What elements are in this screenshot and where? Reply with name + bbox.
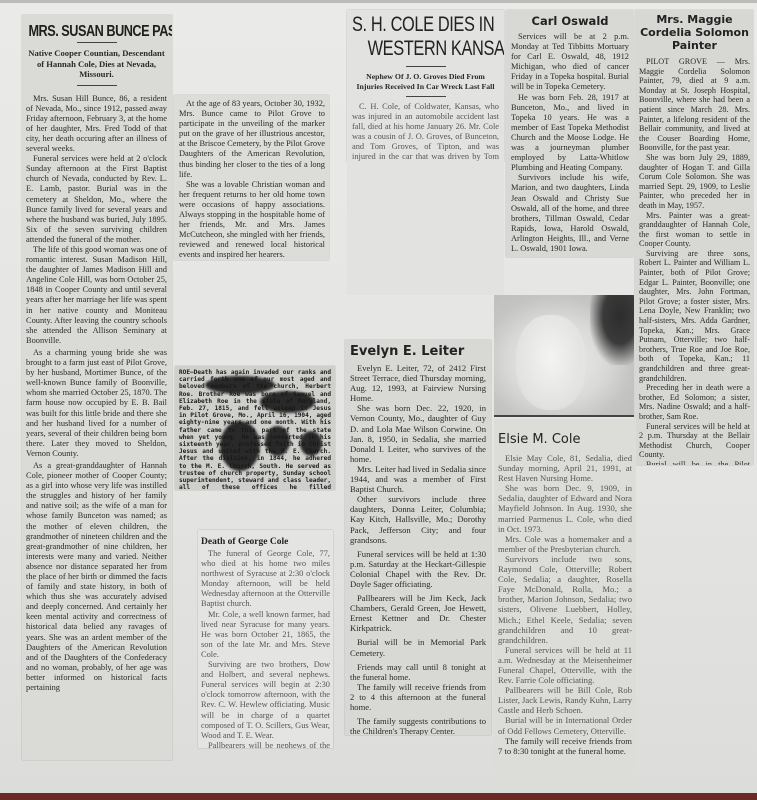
paragraph: Friends may call until 8 tonight at the …: [350, 662, 486, 682]
headline-elsie-cole: Elsie M. Cole: [498, 432, 632, 448]
divider: [77, 42, 117, 43]
paragraph: PILOT GROVE — Mrs. Maggie Cordelia Solom…: [639, 57, 750, 153]
paragraph: Elsie May Cole, 81, Sedalia, died Sunday…: [498, 453, 632, 483]
paragraph: Mrs. Cole was a homemaker and a member o…: [498, 534, 632, 554]
paragraph: C. H. Cole, of Coldwater, Kansas, who wa…: [352, 102, 499, 162]
clipping-sh-cole: S. H. COLE DIES IN WESTERN KANSAS Nephew…: [347, 10, 504, 162]
paragraph: The family will receive friends from 2 t…: [350, 682, 486, 712]
paragraph: Services will be at 2 p.m. Monday at Ted…: [511, 32, 629, 93]
clipping-sh-cole-continued: [347, 162, 504, 295]
paragraph: She was born Dec. 9, 1909, in Sedalia, d…: [498, 483, 632, 533]
divider: [406, 96, 446, 97]
paragraph: Mrs. Painter was a great-granddaughter o…: [639, 211, 750, 249]
paragraph: Burial will be in the Pilot Grove Cemete…: [639, 460, 750, 465]
paragraph: Evelyn E. Leiter, 72, of 2412 First Stre…: [350, 363, 486, 403]
paragraph: Mrs. Leiter had lived in Sedalia since 1…: [350, 464, 486, 494]
headline-oswald: Carl Oswald: [511, 13, 629, 29]
paragraph: Funeral services will be held at 11 a.m.…: [498, 645, 632, 685]
portrait-face: [516, 315, 586, 410]
headline-sh-cole-line2: WESTERN KANSAS: [352, 37, 467, 61]
clipping-painter: Mrs. Maggie Cordelia Solomon Painter PIL…: [635, 10, 753, 465]
divider: [77, 85, 117, 86]
subhead-sh-cole: Nephew Of J. O. Groves Died From Injurie…: [352, 72, 499, 91]
headline-leiter: Evelyn E. Leiter: [350, 344, 486, 360]
headline-sh-cole-line1: S. H. COLE DIES IN: [352, 13, 467, 37]
ink-stain: [205, 376, 275, 394]
clipping-oswald: Carl Oswald Services will be at 2 p.m. M…: [506, 10, 633, 257]
paragraph: He was born Feb. 28, 1917 at Bunceton, M…: [511, 93, 629, 174]
clipping-elsie-cole: Elsie M. Cole Elsie May Cole, 81, Sedali…: [494, 419, 636, 785]
page-top-edge: [0, 0, 757, 3]
paragraph: The family suggests contributions to the…: [350, 716, 486, 735]
paragraph: She was a lovable Christian woman and he…: [179, 180, 325, 260]
clipping-bunce-col2: At the age of 83 years, October 30, 1932…: [174, 95, 329, 260]
portrait-hair: [590, 295, 634, 365]
ink-stain: [265, 426, 290, 456]
paragraph: Other survivors include three daughters,…: [350, 494, 486, 544]
paragraph: Mr. Cole, a well known farmer, had lived…: [201, 610, 330, 660]
paragraph: Burial will be in International Order of…: [498, 715, 632, 735]
paragraph: She was born Dec. 22, 1920, in Vernon Co…: [350, 403, 486, 464]
paragraph: Funeral services will be held at 2 p.m. …: [639, 422, 750, 460]
subhead-bunce: Native Cooper Countian, Descendant of Ha…: [26, 48, 167, 80]
clipping-leiter: Evelyn E. Leiter Evelyn E. Leiter, 72, o…: [345, 340, 491, 735]
paragraph: Preceding her in death were a brother, E…: [639, 383, 750, 421]
paragraph: Surviving are three sons, Robert L. Pain…: [639, 249, 750, 383]
ink-stain: [260, 391, 315, 413]
paragraph: The funeral of George Cole, 77, who died…: [201, 549, 330, 610]
divider: [406, 66, 446, 67]
paragraph: Funeral services will be held at 1:30 p.…: [350, 549, 486, 589]
paragraph: At the age of 83 years, October 30, 1932…: [179, 99, 325, 180]
ink-stain: [220, 421, 260, 471]
paragraph: Funeral services were held at 2 o'clock …: [26, 154, 167, 245]
paragraph: As a great-granddaughter of Hannah Cole,…: [26, 461, 167, 693]
headline-painter: Mrs. Maggie Cordelia Solomon Painter: [639, 13, 750, 52]
paragraph: As a charming young bride she was brough…: [26, 348, 167, 459]
paragraph: Pallbearers will be nephews of the decea…: [201, 741, 330, 748]
clipping-bunce-col1: MRS. SUSAN BUNCE PASSES Native Cooper Co…: [22, 15, 172, 760]
clipping-george-cole: Death of George Cole The funeral of Geor…: [198, 530, 333, 748]
paragraph: Pallbearers will be Jim Keck, Jack Chamb…: [350, 593, 486, 633]
paragraph: Surviving are two brothers, Dow and Holb…: [201, 660, 330, 741]
paragraph: The life of this good woman was one of r…: [26, 245, 167, 346]
page-bottom-edge: [0, 793, 757, 800]
headline-bunce: MRS. SUSAN BUNCE PASSES: [26, 27, 142, 37]
ink-stain: [300, 431, 322, 456]
paragraph: Mrs. Susan Hill Bunce, 86, a resident of…: [26, 94, 167, 155]
portrait-photo: [494, 295, 634, 417]
paragraph: Pallbearers will be Bill Cole, Rob Liste…: [498, 685, 632, 715]
paragraph: The family will receive friends from 7 t…: [498, 736, 632, 756]
paragraph: Burial will be in Memorial Park Cemetery…: [350, 637, 486, 657]
paragraph: Survivors include his wife, Marion, and …: [511, 173, 629, 254]
paragraph: Survivors include two sons, Raymond Cole…: [498, 554, 632, 645]
clipping-roe: ROE—Death has again invaded our ranks an…: [175, 366, 335, 490]
paragraph: She was born July 29, 1889, daughter of …: [639, 153, 750, 211]
headline-george-cole: Death of George Cole: [201, 536, 330, 548]
